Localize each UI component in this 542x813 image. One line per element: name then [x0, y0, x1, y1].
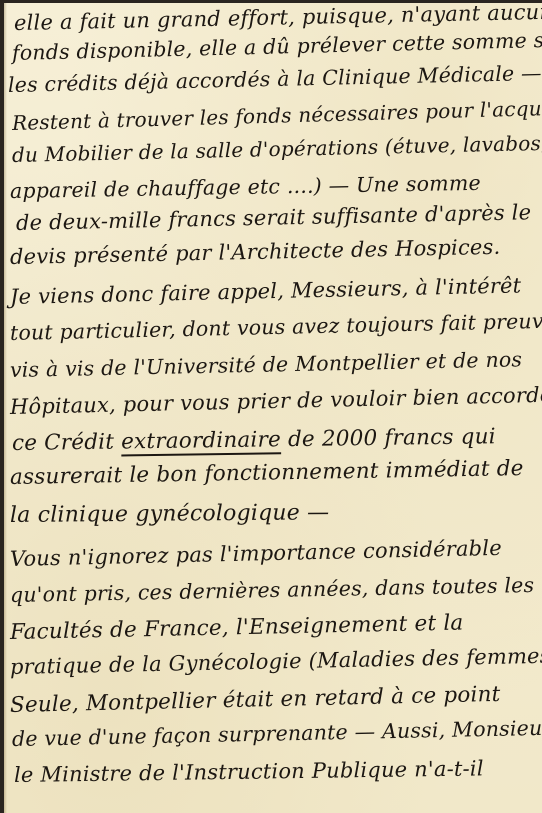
page-edge-shadow — [4, 3, 7, 813]
handwritten-line-18: Facultés de France, l'Enseignement et la — [10, 611, 464, 645]
handwritten-line-10: tout particulier, dont vous avez toujour… — [10, 309, 542, 345]
handwritten-line-14: assurerait le bon fonctionnement immédia… — [10, 456, 524, 490]
handwritten-line-22: le Ministre de l'Instruction Publique n'… — [14, 756, 484, 787]
handwritten-line-7: de deux-mille francs serait suffisante d… — [16, 200, 532, 235]
handwritten-line-21: de vue d'une façon surprenante — Aussi, … — [12, 716, 542, 751]
handwritten-line-12: Hôpitaux, pour vous prier de vouloir bie… — [10, 382, 542, 419]
letter-page: elle a fait un grand effort, puisque, n'… — [4, 3, 542, 813]
handwritten-line-8: devis présenté par l'Architecte des Hosp… — [10, 235, 501, 269]
handwritten-line-19: pratique de la Gynécologie (Maladies des… — [10, 643, 542, 679]
handwritten-line-6: appareil de chauffage etc ....) — Une so… — [10, 171, 481, 203]
handwritten-line-17: qu'ont pris, ces dernières années, dans … — [10, 573, 535, 607]
handwritten-line-9: Je viens donc faire appel, Messieurs, à … — [10, 273, 522, 309]
underlined-word-extraordinaire: extraordinaire — [121, 427, 281, 454]
handwritten-line-20: Seule, Montpellier était en retard à ce … — [10, 682, 501, 718]
handwritten-line-5: du Mobilier de la salle d'opérations (ét… — [12, 131, 542, 167]
handwritten-line-16: Vous n'ignorez pas l'importance considér… — [10, 536, 502, 571]
line-13-after: de 2000 francs qui — [281, 424, 496, 452]
handwritten-line-15: la clinique gynécologique — — [10, 500, 330, 528]
line-13-before: ce Crédit — [12, 429, 122, 456]
handwritten-line-13: ce Crédit extraordinaire de 2000 francs … — [12, 424, 496, 456]
handwritten-line-4: Restent à trouver les fonds nécessaires … — [12, 94, 542, 135]
handwritten-line-11: vis à vis de l'Université de Montpellier… — [10, 347, 523, 382]
handwritten-line-3: les crédits déjà accordés à la Clinique … — [8, 61, 542, 97]
